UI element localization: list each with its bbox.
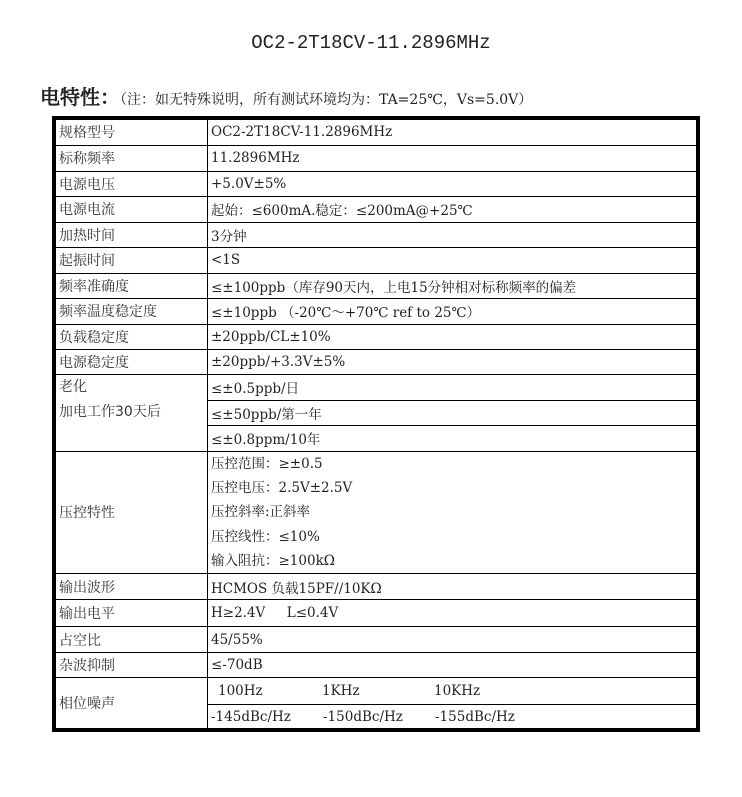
spec-table: 规格型号 OC2-2T18CV-11.2896MHz 标称频率 11.2896M… — [52, 116, 700, 732]
row-key: 频率准确度 — [54, 273, 208, 298]
vc-voltage: 压控电压：2.5V±2.5V — [211, 476, 696, 500]
row-value: +5.0V±5% — [208, 171, 699, 196]
row-key: 频率温度稳定度 — [54, 298, 208, 324]
table-row: 加热时间 3分钟 — [54, 222, 698, 247]
pn-offset: 100Hz — [218, 683, 322, 699]
table-row-aging: 老化 加电工作30天后 ≤±0.5ppb/日 — [54, 374, 698, 400]
pn-value: -145dBc/Hz — [211, 709, 323, 725]
pn-offset: 10KHz — [434, 683, 544, 699]
section-heading: 电特性：（注：如无特殊说明，所有测试环境均为：TA=25℃，Vs=5.0V） — [40, 81, 532, 110]
table-row: 电源电流 起始：≤600mA.稳定：≤200mA@+25℃ — [54, 196, 698, 222]
table-row: 电源电压 +5.0V±5% — [54, 171, 698, 196]
row-key: 电源稳定度 — [54, 349, 208, 374]
aging-value: ≤±50ppb/第一年 — [208, 400, 699, 425]
table-row: 标称频率 11.2896MHz — [54, 145, 698, 171]
row-value: ±20ppb/+3.3V±5% — [208, 349, 699, 374]
section-note: （注：如无特殊说明，所有测试环境均为：TA=25℃，Vs=5.0V） — [120, 92, 532, 108]
table-row: 频率准确度 ≤±100ppb（库存90天内，上电15分钟相对标称频率的偏差 — [54, 273, 698, 298]
table-row: 输出波形 HCMOS 负载15PF//10KΩ — [54, 574, 698, 600]
row-key: 压控特性 — [54, 451, 208, 574]
row-value: HCMOS 负载15PF//10KΩ — [208, 574, 699, 600]
table-row: 起振时间 <1S — [54, 247, 698, 273]
row-value: 11.2896MHz — [208, 145, 699, 171]
section-heading-label: 电特性： — [40, 85, 120, 109]
row-value: ≤-70dB — [208, 653, 699, 678]
vc-range: 压控范围：≥±0.5 — [211, 452, 696, 476]
aging-value: ≤±0.5ppb/日 — [208, 374, 699, 400]
table-row: 杂波抑制 ≤-70dB — [54, 653, 698, 678]
pn-value: -150dBc/Hz — [323, 709, 435, 725]
phase-noise-values: -145dBc/Hz-150dBc/Hz-155dBc/Hz — [208, 705, 699, 731]
table-row: 规格型号 OC2-2T18CV-11.2896MHz — [54, 118, 698, 145]
row-key: 负载稳定度 — [54, 324, 208, 349]
row-value: ≤±100ppb（库存90天内，上电15分钟相对标称频率的偏差 — [208, 273, 699, 298]
pn-value: -155dBc/Hz — [435, 709, 545, 725]
aging-key-line2: 加电工作30天后 — [59, 400, 207, 425]
row-key: 电源电压 — [54, 171, 208, 196]
table-row: 输出电平 H≥2.4V L≤0.4V — [54, 600, 698, 627]
row-value: ±20ppb/CL±10% — [208, 324, 699, 349]
aging-value: ≤±0.8ppm/10年 — [208, 425, 699, 451]
row-value: <1S — [208, 247, 699, 273]
row-key: 加热时间 — [54, 222, 208, 247]
pn-offset: 1KHz — [322, 683, 434, 699]
row-value: 45/55% — [208, 627, 699, 653]
row-value: 起始：≤600mA.稳定：≤200mA@+25℃ — [208, 196, 699, 222]
row-key: 规格型号 — [54, 118, 208, 145]
phase-noise-offsets: 100Hz1KHz10KHz — [208, 678, 699, 705]
row-value: OC2-2T18CV-11.2896MHz — [208, 118, 699, 145]
row-value: H≥2.4V L≤0.4V — [208, 600, 699, 627]
vc-impedance: 输入阻抗：≥100kΩ — [211, 549, 696, 573]
voltage-control-values: 压控范围：≥±0.5 压控电压：2.5V±2.5V 压控斜率:正斜率 压控线性：… — [208, 451, 699, 574]
table-row: 负载稳定度 ±20ppb/CL±10% — [54, 324, 698, 349]
row-key: 相位噪声 — [54, 678, 208, 731]
row-key-aging: 老化 加电工作30天后 — [54, 374, 208, 451]
table-row-phase-noise: 相位噪声 100Hz1KHz10KHz — [54, 678, 698, 705]
row-key: 输出波形 — [54, 574, 208, 600]
table-row-voltage-control: 压控特性 压控范围：≥±0.5 压控电压：2.5V±2.5V 压控斜率:正斜率 … — [54, 451, 698, 574]
row-key: 输出电平 — [54, 600, 208, 627]
row-value: 3分钟 — [208, 222, 699, 247]
aging-key-line1: 老化 — [59, 375, 207, 400]
row-key: 电源电流 — [54, 196, 208, 222]
row-key: 标称频率 — [54, 145, 208, 171]
row-key: 杂波抑制 — [54, 653, 208, 678]
table-row: 电源稳定度 ±20ppb/+3.3V±5% — [54, 349, 698, 374]
table-row: 频率温度稳定度 ≤±10ppb （-20℃～+70℃ ref to 25℃） — [54, 298, 698, 324]
row-key: 起振时间 — [54, 247, 208, 273]
vc-linearity: 压控线性：≤10% — [211, 525, 696, 549]
table-row: 占空比 45/55% — [54, 627, 698, 653]
document-title: OC2-2T18CV-11.2896MHz — [0, 32, 742, 54]
vc-slope: 压控斜率:正斜率 — [211, 500, 696, 524]
row-key: 占空比 — [54, 627, 208, 653]
row-value: ≤±10ppb （-20℃～+70℃ ref to 25℃） — [208, 298, 699, 324]
